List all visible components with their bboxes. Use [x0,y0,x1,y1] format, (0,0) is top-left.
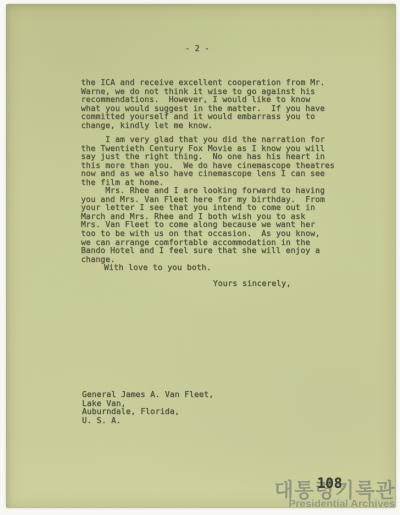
letter-paragraph-1: the ICA and receive excellent cooperatio… [81,79,325,131]
recipient-address: General James A. Van Fleet, Lake Van, Au… [82,391,214,425]
page-number: - 2 - [185,45,209,54]
letter-paragraph-2: I am very glad that you did the narratio… [81,136,335,188]
letter-paragraph-3: Mrs. Rhee and I are looking forward to h… [81,187,325,264]
closing-line: Yours sincerely, [213,280,291,289]
archives-watermark-english: Presidential Archives [289,498,395,510]
letter-page: - 2 - the ICA and receive excellent coop… [6,4,396,508]
archive-page-stamp: 108 [317,476,342,492]
valediction-line: With love to you both. [104,264,211,273]
scan-background: - 2 - the ICA and receive excellent coop… [0,0,400,515]
